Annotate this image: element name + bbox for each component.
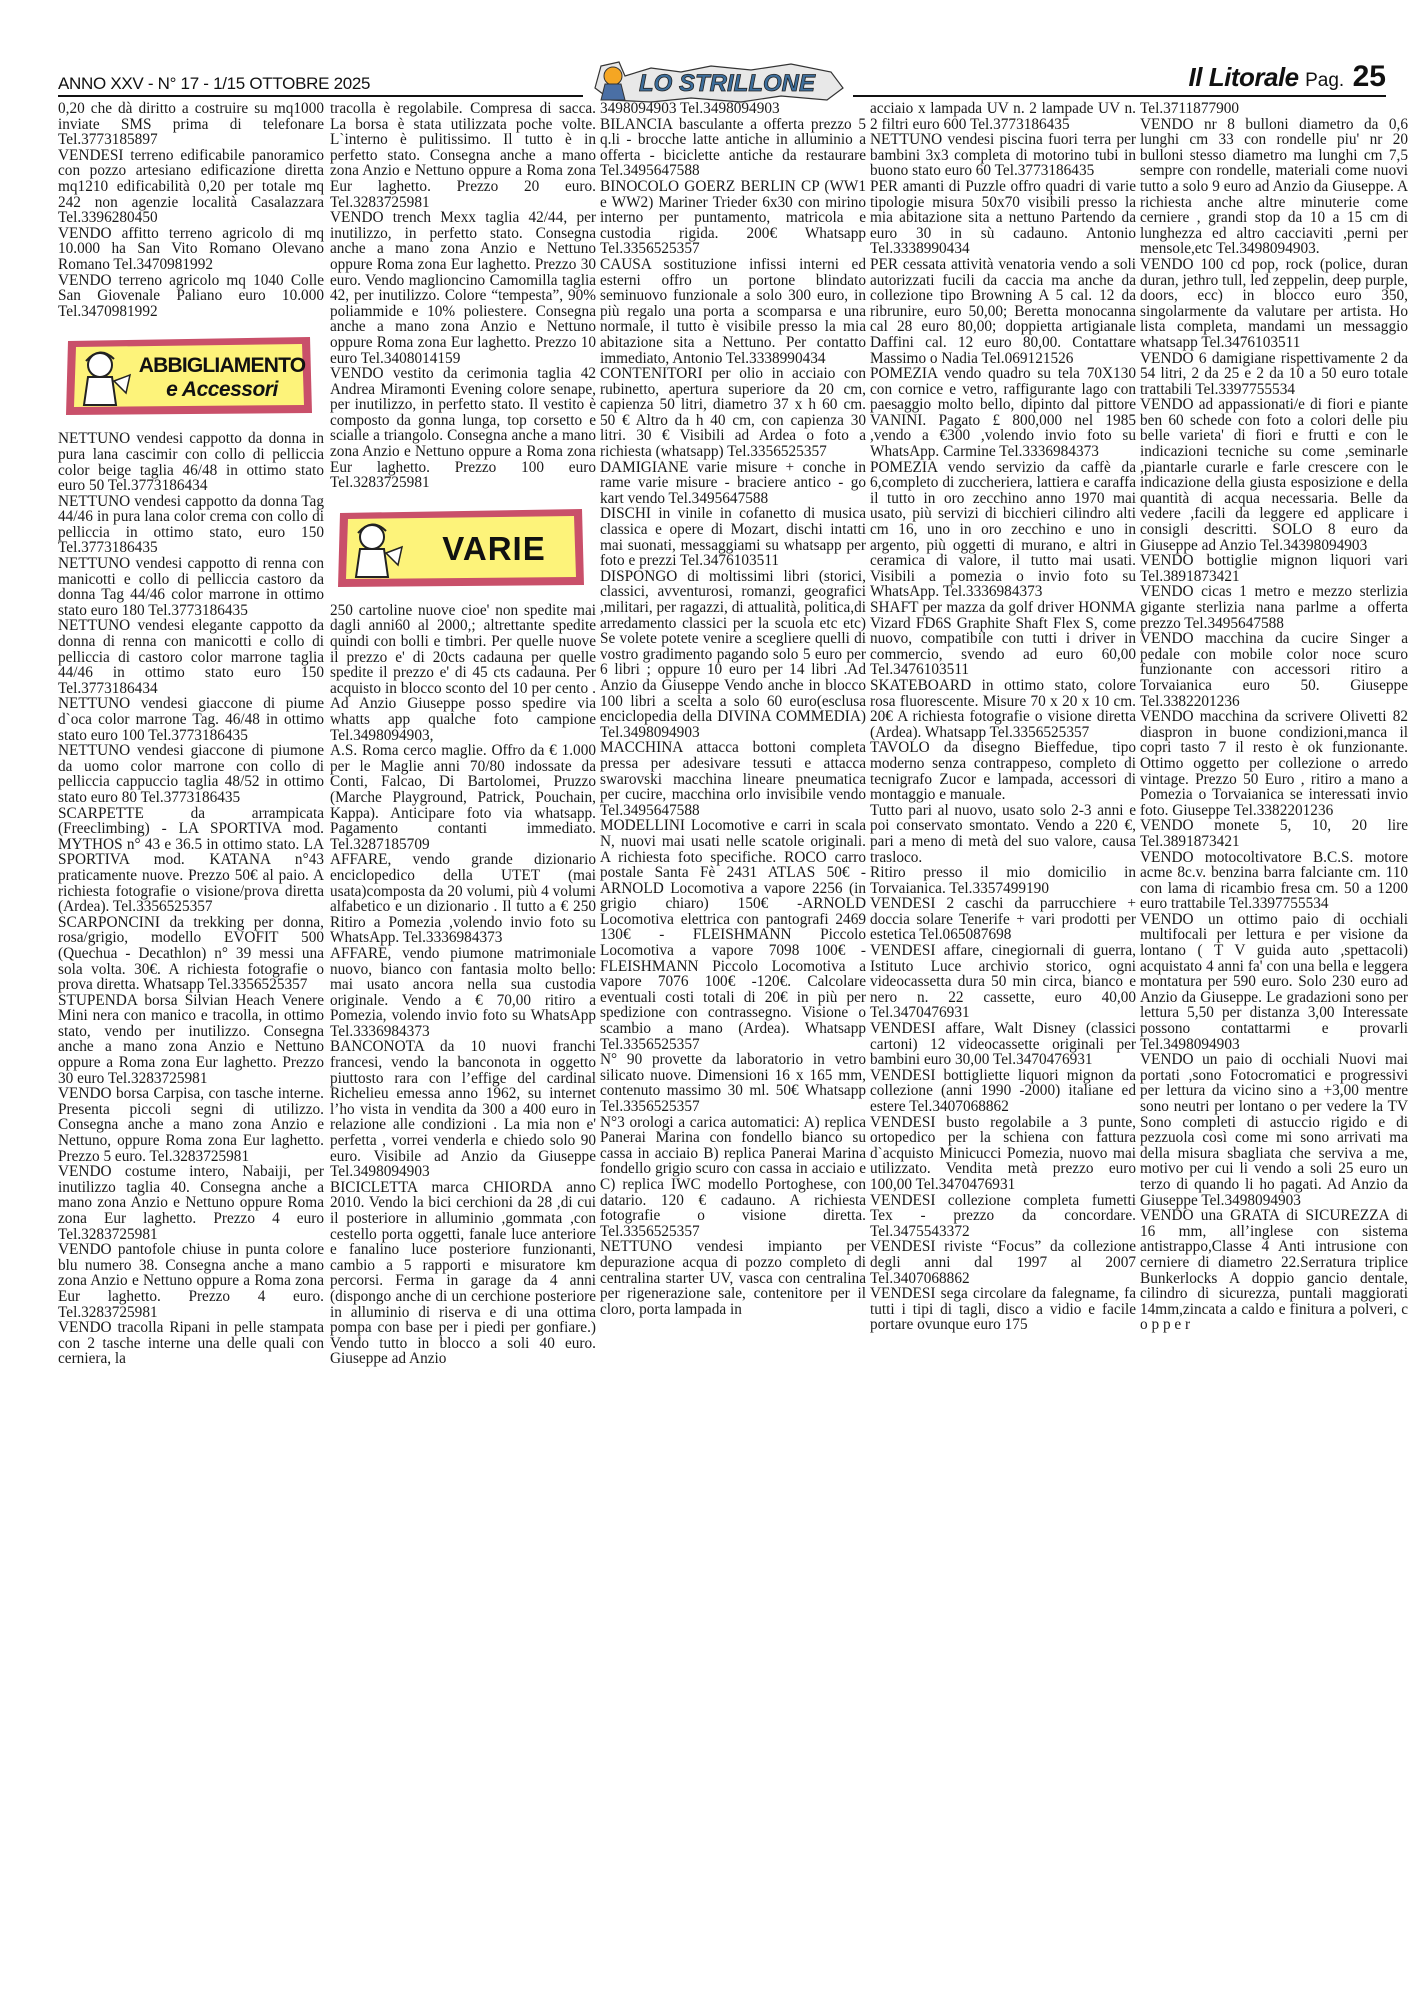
ad-item: SCARPONCINI da trekking per donna, rosa/…: [58, 915, 324, 993]
ad-item: VENDESI terreno edificabile panoramico c…: [58, 148, 324, 226]
ad-item: NETTUNO vendesi cappotto da donna in pur…: [58, 431, 324, 493]
ad-item: A.S. Roma cerco maglie. Offro da € 1.000…: [330, 743, 596, 852]
ad-item: VENDO borsa Carpisa, con tasche interne.…: [58, 1086, 324, 1164]
column-4: acciaio x lampada UV n. 2 lampade UV n. …: [870, 101, 1136, 1333]
ad-item: DISPONGO di moltissimi libri (storici, c…: [600, 569, 866, 741]
ad-item: VENDO ad appassionati/e di fiori e piant…: [1140, 397, 1408, 553]
ad-item: VENDO macchina da scrivere Olivetti 82 d…: [1140, 709, 1408, 818]
page-number: 25: [1353, 60, 1386, 93]
ad-item: VENDO pantofole chiuse in punta colore b…: [58, 1242, 324, 1320]
ad-item: MODELLINI Locomotive e carri in scala N,…: [600, 818, 866, 1052]
ad-item: N°3 orologi a carica automatici: A) repl…: [600, 1115, 866, 1240]
ad-item: STUPENDA borsa Silvian Heach Venere Mini…: [58, 993, 324, 1087]
ad-item: VENDO motocoltivatore B.C.S. motore acme…: [1140, 850, 1408, 912]
column-2: tracolla è regolabile. Compresa di sacca…: [330, 101, 596, 1367]
section-title: ABBIGLIAMENTO: [134, 355, 310, 376]
ad-item: VENDO 6 damigiane rispettivamente 2 da 5…: [1140, 351, 1408, 398]
ad-item: VENDO trench Mexx taglia 42/44, per inut…: [330, 210, 596, 366]
ad-item: DAMIGIANE varie misure + conche in rame …: [600, 460, 866, 507]
ad-item: VENDO bottiglie mignon liquori vari Tel.…: [1140, 553, 1408, 584]
ad-item: VENDO macchina da cucire Singer a pedale…: [1140, 631, 1408, 709]
ad-item: CONTENITORI per olio in acciaio con rubi…: [600, 366, 866, 460]
ad-item: NETTUNO vendesi cappotto da donna Tag 44…: [58, 494, 324, 556]
ad-item: AFFARE, vendo grande dizionario enciclop…: [330, 852, 596, 946]
ad-item: TAVOLO da disegno Bieffedue, tipo modern…: [870, 740, 1136, 802]
ad-item: VENDESI riviste “Focus” da collezione de…: [870, 1239, 1136, 1286]
ad-item: Tutto pari al nuovo, usato solo 2-3 anni…: [870, 803, 1136, 865]
ad-item: tracolla è regolabile. Compresa di sacca…: [330, 101, 596, 210]
ad-item: NETTUNO vendesi giaccone di piumone da u…: [58, 743, 324, 805]
ad-item: VENDO affitto terreno agricolo di mq 10.…: [58, 226, 324, 273]
ad-item: VENDO tracolla Ripani in pelle stampata …: [58, 1320, 324, 1367]
ad-item: VENDO monete 5, 10, 20 lire Tel.38918734…: [1140, 818, 1408, 849]
ad-item: VENDESI bottigliette liquori mignon da c…: [870, 1068, 1136, 1115]
ad-item: Tel.3711877900: [1140, 101, 1408, 117]
ad-item: PER cessata attività venatoria vendo a s…: [870, 257, 1136, 366]
section-banner-varie: VARIE: [336, 507, 586, 589]
ad-item: NETTUNO vendesi impianto per depurazione…: [600, 1239, 866, 1317]
ad-item: BICICLETTA marca CHIORDA anno 2010. Vend…: [330, 1180, 596, 1367]
ad-item: BINOCOLO GOERZ BERLIN CP (WW1 e WW2) Mar…: [600, 179, 866, 257]
ad-item: NETTUNO vendesi cappotto di renna con ma…: [58, 556, 324, 618]
masthead: Il Litorale Pag. 25: [1189, 60, 1386, 94]
ad-item: PER amanti di Puzzle offro quadri di var…: [870, 179, 1136, 257]
ad-item: DISCHI in vinile in cofanetto di musica …: [600, 506, 866, 568]
ad-item: CAUSA sostituzione infissi interni ed es…: [600, 257, 866, 366]
ad-item: BILANCIA basculante a offerta prezzo 5 q…: [600, 117, 866, 179]
ad-item: Ritiro presso il mio domicilio in Torvai…: [870, 865, 1136, 896]
ad-item: VENDESI affare, cinegiornali di guerra, …: [870, 943, 1136, 1021]
ad-item: 250 cartoline nuove cioe' non spedite ma…: [330, 603, 596, 743]
header-rule: [58, 95, 583, 97]
ad-item: VENDO cicas 1 metro e mezzo sterlizia gi…: [1140, 584, 1408, 631]
ad-item: SHAFT per mazza da golf driver HONMA Viz…: [870, 600, 1136, 678]
ad-item: VENDO nr 8 bulloni diametro da 0,6 lungh…: [1140, 117, 1408, 257]
header-rule: [853, 95, 1386, 97]
ad-item: NETTUNO vendesi giaccone di piume d`oca …: [58, 696, 324, 743]
page-label: Pag.: [1305, 70, 1344, 91]
column-1: 0,20 che dà diritto a costruire su mq100…: [58, 101, 324, 1367]
column-3: 3498094903 Tel.3498094903 BILANCIA bascu…: [600, 101, 866, 1317]
ad-item: VENDO un ottimo paio di occhiali multifo…: [1140, 912, 1408, 1052]
ad-item: MACCHINA attacca bottoni completa pressa…: [600, 740, 866, 818]
ad-item: VENDO costume intero, Nabaiji, per inuti…: [58, 1164, 324, 1242]
section-subtitle: e Accessori: [134, 379, 310, 400]
ad-item: 3498094903 Tel.3498094903: [600, 101, 866, 117]
section-banner-abbigliamento: ABBIGLIAMENTO e Accessori: [64, 335, 314, 417]
ad-item: VENDO terreno agricolo mq 1040 Colle San…: [58, 273, 324, 320]
ad-item: SKATEBOARD in ottimo stato, colore rosa …: [870, 678, 1136, 740]
lo-strillone-logo-icon: LO STRILLONE: [591, 58, 847, 104]
ad-item: VENDO 100 cd pop, rock (police, duran du…: [1140, 257, 1408, 351]
column-5: Tel.3711877900 VENDO nr 8 bulloni diamet…: [1140, 101, 1408, 1333]
ad-item: VENDESI affare, Walt Disney (classici ca…: [870, 1021, 1136, 1068]
ad-item: VENDO vestito da cerimonia taglia 42 And…: [330, 366, 596, 491]
ad-item: acciaio x lampada UV n. 2 lampade UV n. …: [870, 101, 1136, 132]
ad-item: AFFARE, vendo piumone matrimoniale nuovo…: [330, 946, 596, 1040]
section-title: VARIE: [406, 532, 582, 565]
ad-item: POMEZIA vendo quadro su tela 70X130 con …: [870, 366, 1136, 460]
ad-item: VENDESI sega circolare da falegname, fa …: [870, 1286, 1136, 1333]
ad-item: VENDESI busto regolabile a 3 punte, orto…: [870, 1115, 1136, 1193]
ad-item: VENDO un paio di occhiali Nuovi mai port…: [1140, 1052, 1408, 1208]
paper-name: Il Litorale: [1189, 62, 1299, 92]
ad-item: N° 90 provette da laboratorio in vetro s…: [600, 1052, 866, 1114]
ad-item: VENDESI 2 caschi da parrucchiere + docci…: [870, 896, 1136, 943]
ad-item: VENDO una GRATA di SICUREZZA di 16 mm, a…: [1140, 1208, 1408, 1333]
ad-item: BANCONOTA da 10 nuovi franchi francesi, …: [330, 1039, 596, 1179]
ad-item: POMEZIA vendo servizio da caffè da 6,com…: [870, 460, 1136, 600]
ad-item: VENDESI collezione completa fumetti Tex …: [870, 1193, 1136, 1240]
issue-info: ANNO XXV - N° 17 - 1/15 OTTOBRE 2025: [58, 74, 370, 94]
svg-text:LO STRILLONE: LO STRILLONE: [639, 70, 816, 97]
ad-item: NETTUNO vendesi piscina fuori terra per …: [870, 132, 1136, 179]
ad-item: 0,20 che dà diritto a costruire su mq100…: [58, 101, 324, 148]
ad-item: SCARPETTE da arrampicata (Freeclimbing) …: [58, 806, 324, 915]
ad-item: NETTUNO vendesi elegante cappotto da don…: [58, 618, 324, 696]
